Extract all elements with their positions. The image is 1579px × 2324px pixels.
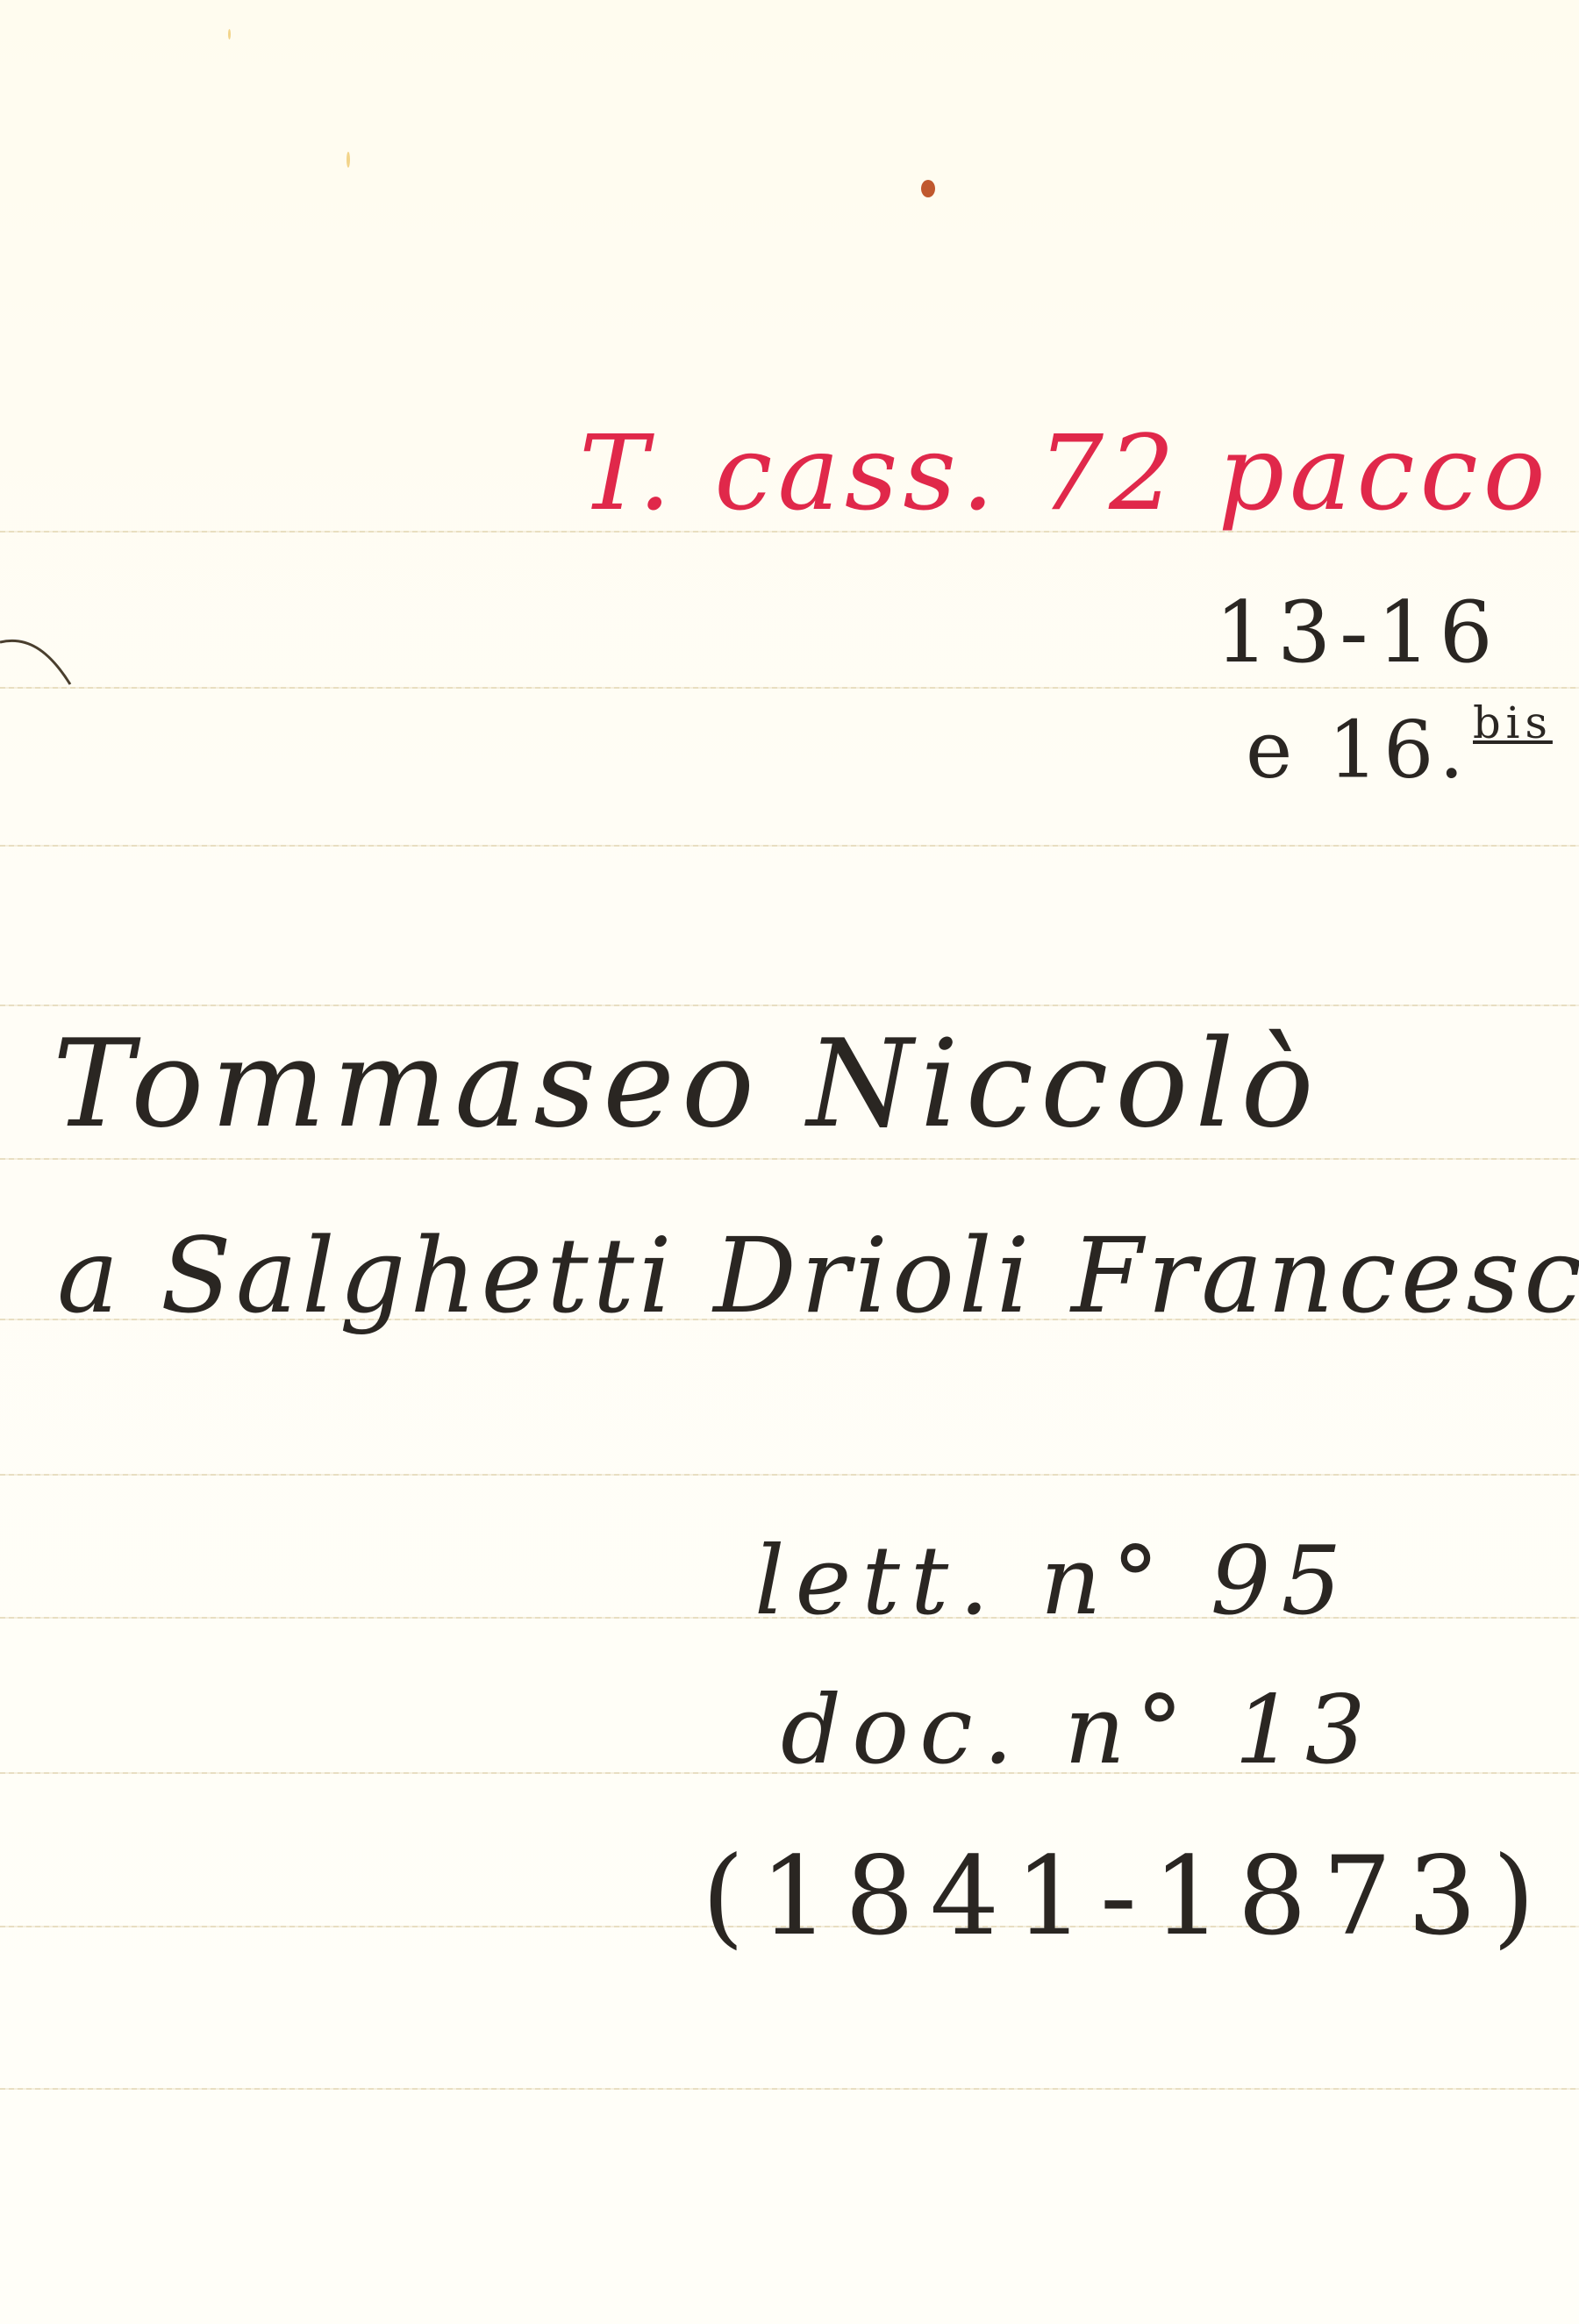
ruled-line [0,687,1579,689]
ruled-line [0,1158,1579,1160]
bis-superscript: bis [1473,697,1553,748]
archive-reference: T. cass. 72 pacco 127 [579,412,1579,533]
pen-stroke-mark [0,632,88,702]
letter-count: lett. n° 95 [754,1527,1352,1636]
paper-fleck [228,29,231,39]
ruled-line [0,1474,1579,1476]
index-card: T. cass. 72 pacco 127 13-16 e 16.bis Tom… [0,0,1579,2324]
paper-fleck [347,152,350,168]
ruled-line [0,2088,1579,2090]
ruled-line [0,845,1579,847]
ruled-line [0,1005,1579,1006]
item-extra: e 16.bis [1246,697,1553,797]
correspondent-sender: Tommaseo Niccolò [53,1013,1321,1155]
correspondent-recipient: a Salghetti Drioli Francesco. [57,1215,1579,1336]
document-count: doc. n° 13 [781,1676,1376,1785]
date-range: (1841-1873) [702,1834,1551,1960]
ink-spot [921,180,935,197]
item-extra-prefix: e 16. [1246,704,1469,797]
item-range: 13-16 [1215,583,1502,682]
